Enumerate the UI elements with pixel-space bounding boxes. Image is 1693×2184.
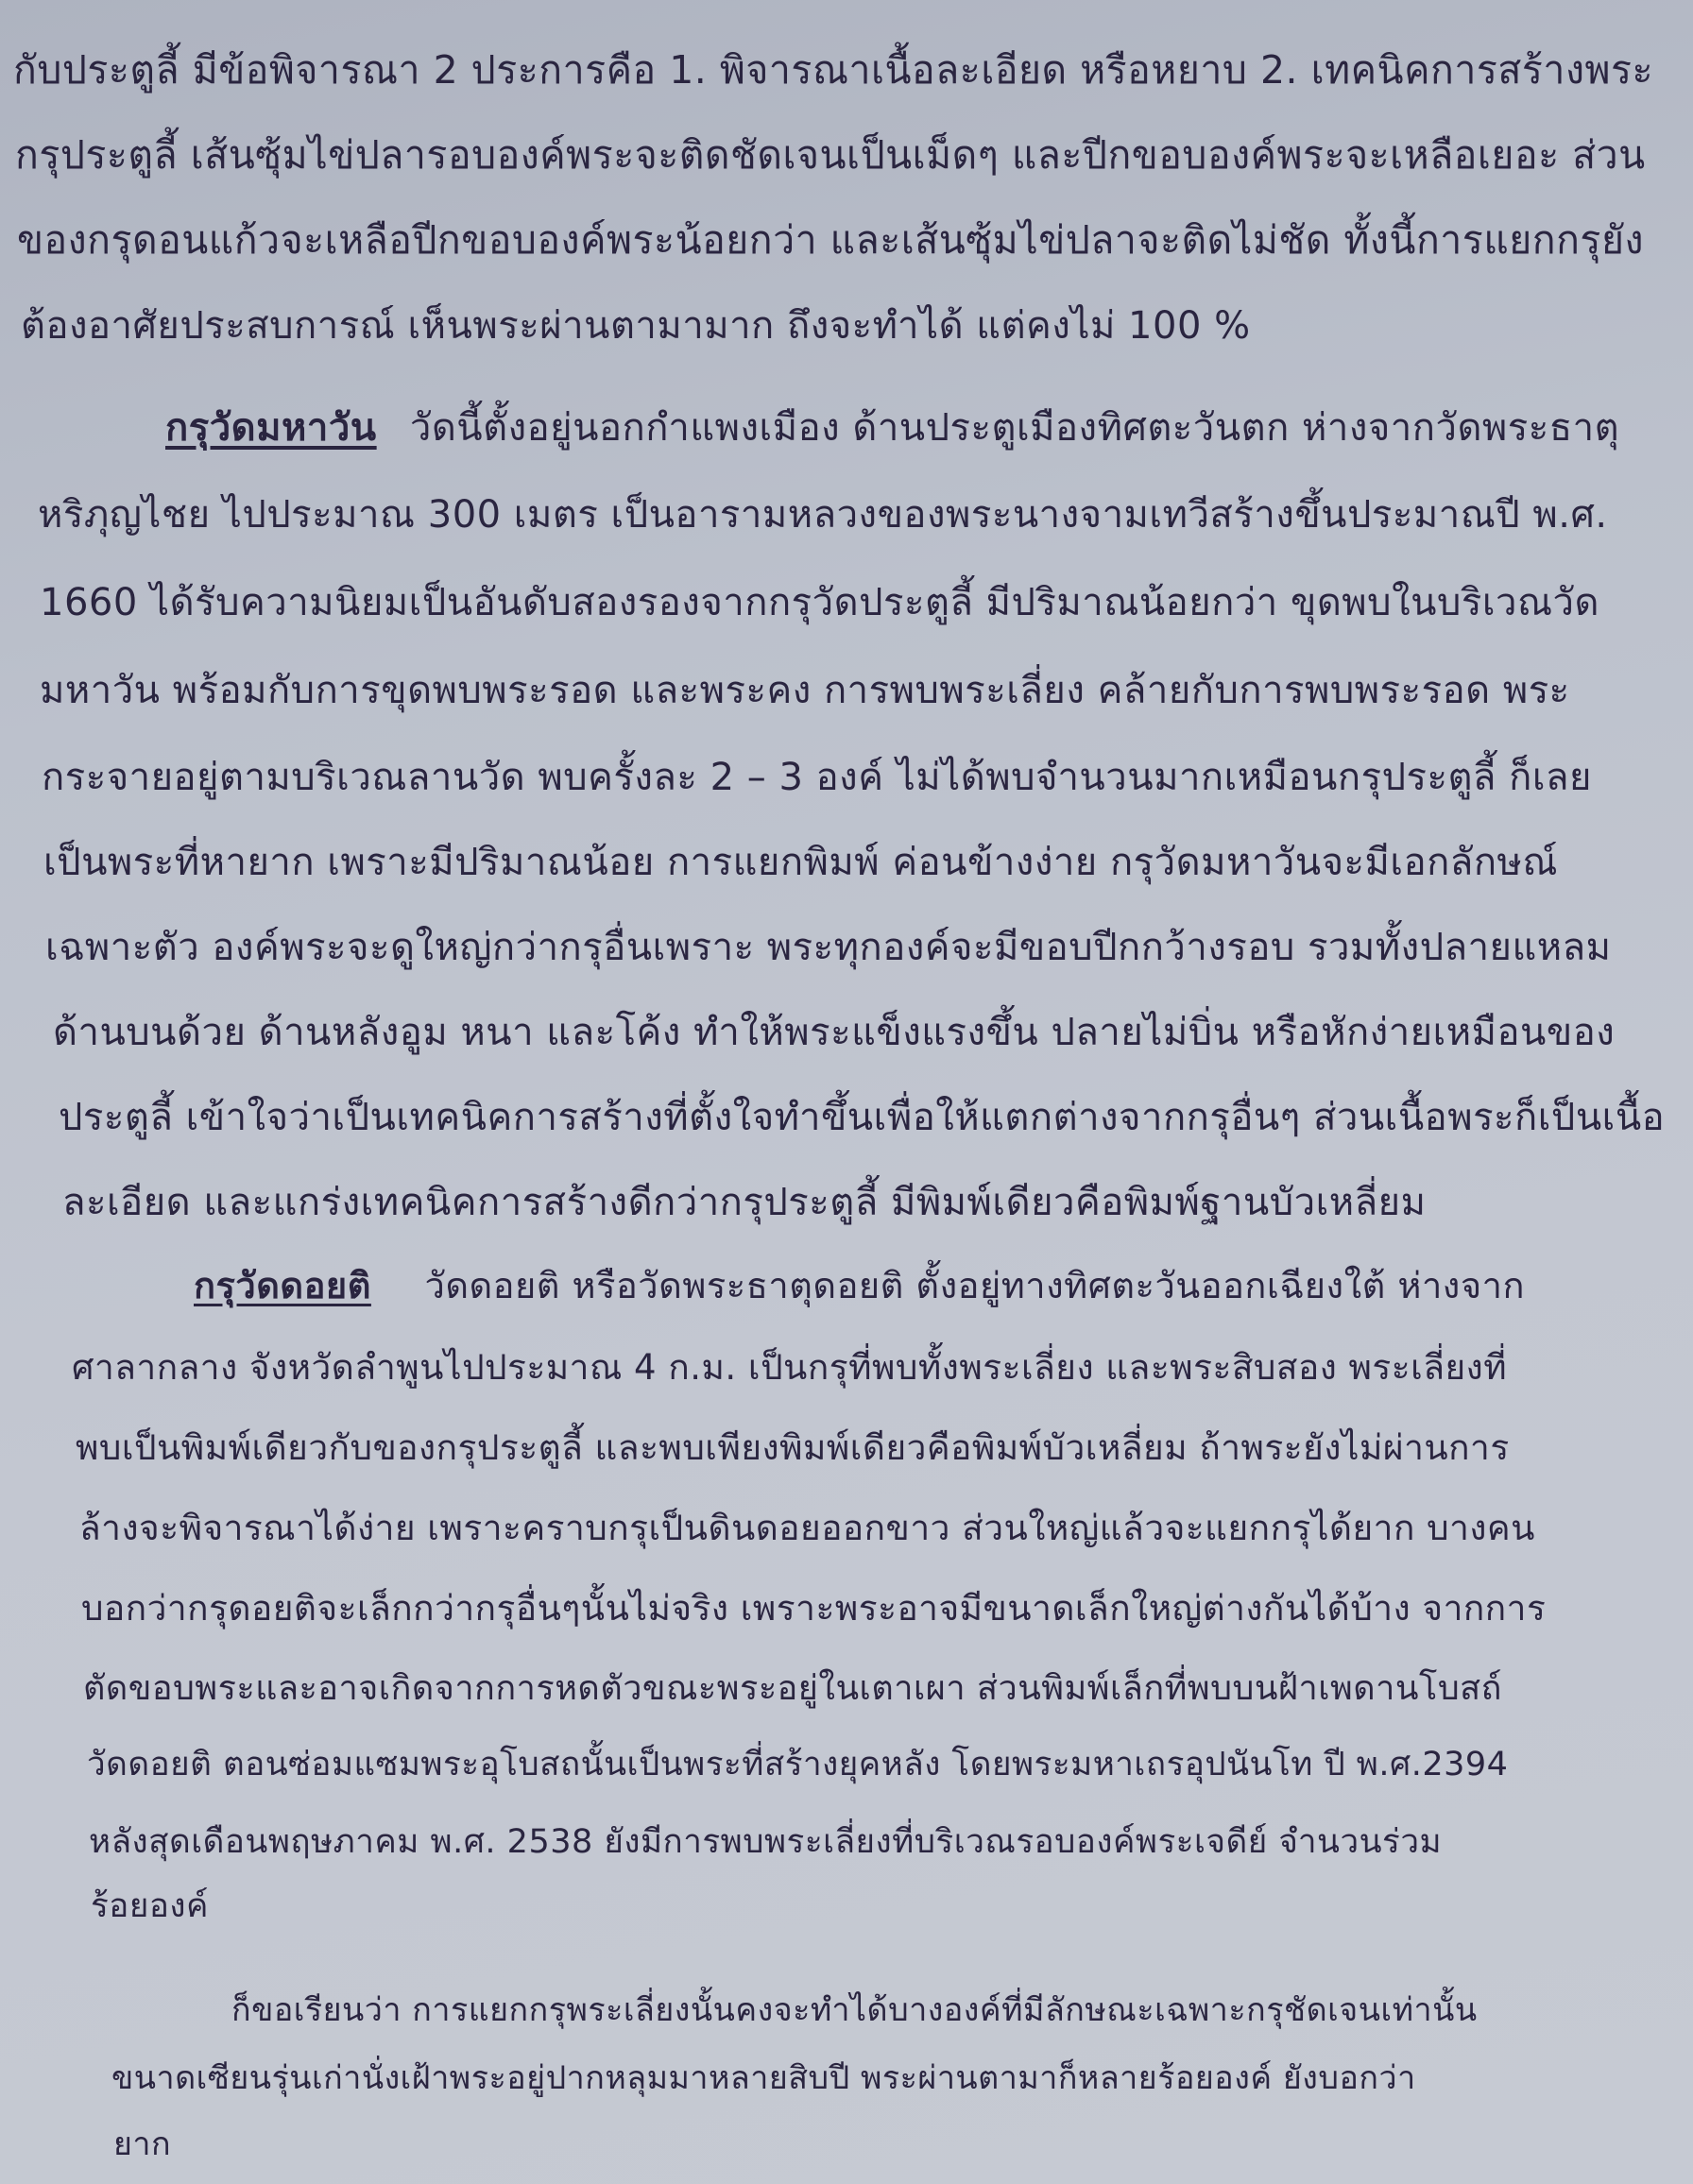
text-line: ศาลากลาง จังหวัดลำพูนไปประมาณ 4 ก.ม. เป็… [72, 1339, 1507, 1395]
section-line: กรุวัดดอยติ วัดดอยติ หรือวัดพระธาตุดอยติ… [194, 1256, 1525, 1314]
text-line: เฉพาะตัว องค์พระจะดูใหญ่กว่ากรุอื่นเพราะ… [45, 916, 1612, 977]
text-span: วัดนี้ตั้งอยู่นอกกำแพงเมือง ด้านประตูเมื… [410, 406, 1619, 450]
text-line: หลังสุดเดือนพฤษภาคม พ.ศ. 2538 ยังมีการพบ… [89, 1816, 1442, 1868]
text-line: เป็นพระที่หายาก เพราะมีปริมาณน้อย การแยก… [43, 831, 1558, 892]
text-line: ก็ขอเรียนว่า การแยกกรุพระเลี่ยงนั้นคงจะท… [231, 1984, 1478, 2035]
text-line: กระจายอยู่ตามบริเวณลานวัด พบครั้งละ 2 – … [42, 746, 1592, 807]
text-line: มหาวัน พร้อมกับการขุดพบพระรอด และพระคง ก… [40, 659, 1570, 720]
text-line: ประตูลี้ เข้าใจว่าเป็นเทคนิคการสร้างที่ต… [59, 1086, 1665, 1147]
text-line: กับประตูลี้ มีข้อพิจารณา 2 ประการคือ 1. … [13, 40, 1653, 101]
text-line: พบเป็นพิมพ์เดียวกับของกรุประตูลี้ และพบเ… [76, 1420, 1510, 1476]
text-line: 1660 ได้รับความนิยมเป็นอันดับสองรองจากกร… [40, 572, 1599, 632]
text-line: ด้านบนด้วย ด้านหลังอูม หนา และโค้ง ทำให้… [53, 1001, 1615, 1062]
text-line: ร้อยองค์ [91, 1880, 209, 1932]
text-line: ของกรุดอนแก้วจะเหลือปีกขอบองค์พระน้อยกว่… [17, 210, 1644, 271]
text-line: หริภุญไชย ไปประมาณ 300 เมตร เป็นอารามหลว… [38, 484, 1608, 544]
section-line: กรุวัดมหาวัน วัดนี้ตั้งอยู่นอกกำแพงเมือง… [165, 397, 1619, 457]
text-line: บอกว่ากรุดอยติจะเล็กกว่ากรุอื่นๆนั้นไม่จ… [81, 1580, 1546, 1636]
text-line: ล้างจะพิจารณาได้ง่าย เพราะคราบกรุเป็นดิน… [79, 1500, 1535, 1556]
section-heading-wat-mahawan: กรุวัดมหาวัน [165, 406, 377, 450]
text-line: กรุประตูลี้ เส้นซุ้มไข่ปลารอบองค์พระจะติ… [15, 125, 1646, 186]
section-heading-wat-doi-ti: กรุวัดดอยติ [194, 1265, 371, 1306]
text-line: ละเอียด และแกร่งเทคนิคการสร้างดีกว่ากรุป… [62, 1171, 1426, 1232]
text-line: ตัดขอบพระและอาจเกิดจากการหดตัวขณะพระอยู่… [83, 1661, 1502, 1715]
text-span: วัดดอยติ หรือวัดพระธาตุดอยติ ตั้งอยู่ทาง… [424, 1265, 1524, 1306]
document-page: กับประตูลี้ มีข้อพิจารณา 2 ประการคือ 1. … [0, 0, 1693, 2184]
text-line: ยาก [113, 2118, 171, 2169]
text-line: วัดดอยติ ตอนซ่อมแซมพระอุโบสถนั้นเป็นพระท… [87, 1738, 1508, 1790]
text-line: ต้องอาศัยประสบการณ์ เห็นพระผ่านตามามาก ถ… [21, 295, 1251, 355]
text-line: ขนาดเซียนรุ่นเก่านั่งเฝ้าพระอยู่ปากหลุมม… [111, 2052, 1416, 2103]
